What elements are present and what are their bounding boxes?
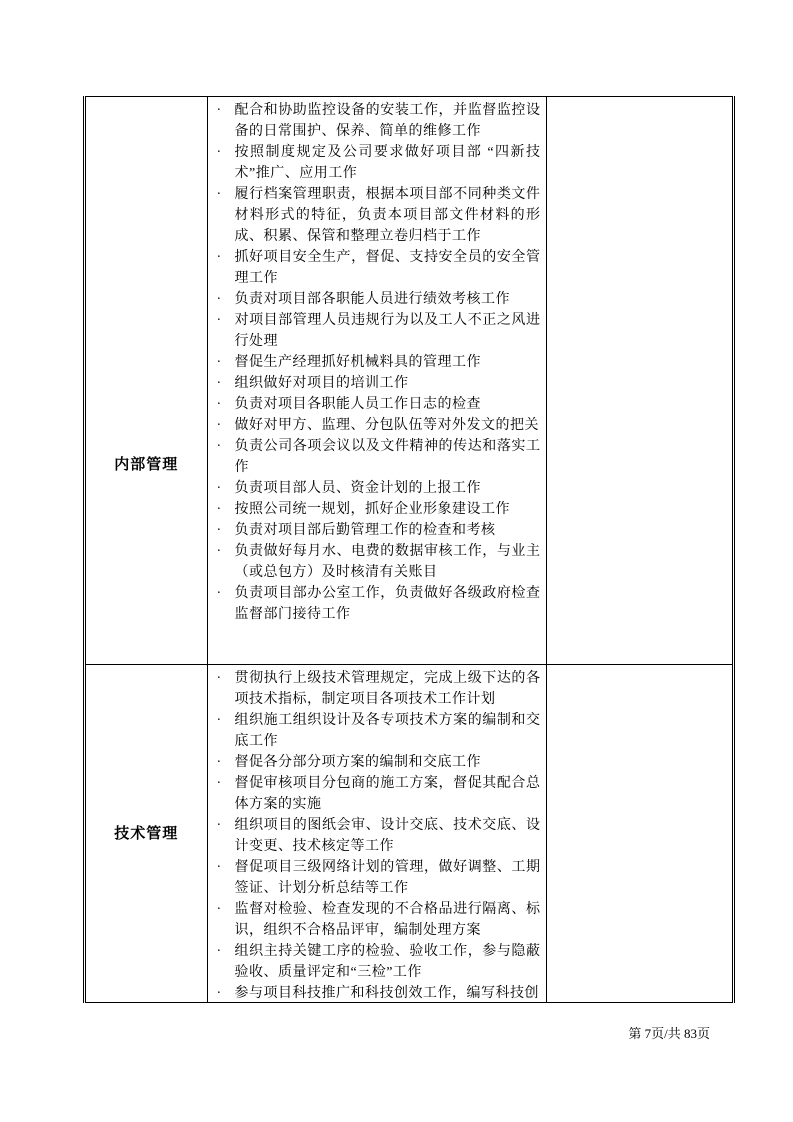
duty-text: 负责对项目部后勤管理工作的检查和考核 <box>235 523 496 538</box>
list-item: ·组织施工组织设计及各专项技术方案的编制和交底工作 <box>208 710 541 752</box>
category-label: 内部管理 <box>86 453 207 474</box>
list-item: ·负责做好每月水、电费的数据审核工作，与业主（或总包方）及时核清有关账目 <box>208 541 541 583</box>
list-item: ·负责项目部人员、资金计划的上报工作 <box>208 478 541 499</box>
duty-text: 负责公司各项会议以及文件精神的传达和落实工作 <box>235 439 541 475</box>
bullet-icon: · <box>217 983 222 1002</box>
duty-text: 监督对检验、检查发现的不合格品进行隔离、标识，组织不合格品评审，编制处理方案 <box>235 902 541 938</box>
list-item: ·抓好项目安全生产，督促、支持安全员的安全管理工作 <box>208 247 541 289</box>
list-item: ·按照制度规定及公司要求做好项目部 “四新技术”推广、应用工作 <box>208 142 541 184</box>
duty-text: 按照公司统一规划，抓好企业形象建设工作 <box>235 502 511 517</box>
duty-text: 负责做好每月水、电费的数据审核工作，与业主（或总包方）及时核清有关账目 <box>235 544 541 580</box>
bullet-icon: · <box>217 310 222 331</box>
bullet-icon: · <box>217 583 222 604</box>
duty-text: 贯彻执行上级技术管理规定，完成上级下达的各项技术指标，制定项目各项技术工作计划 <box>235 671 541 707</box>
list-item: ·组织做好对项目的培训工作 <box>208 373 541 394</box>
bullet-icon: · <box>217 352 222 373</box>
bullet-icon: · <box>217 373 222 394</box>
bullet-icon: · <box>217 415 222 436</box>
duty-text: 组织主持关键工序的检验、验收工作，参与隐蔽验收、质量评定和“三检”工作 <box>235 944 541 980</box>
bullet-icon: · <box>217 100 222 121</box>
duty-text: 督促生产经理抓好机械料具的管理工作 <box>235 355 482 370</box>
category-cell: 内部管理 <box>86 97 207 665</box>
bullet-icon: · <box>217 184 222 205</box>
list-item: ·参与项目科技推广和科技创效工作，编写科技创 <box>208 983 541 1002</box>
list-item: ·负责对项目各职能人员工作日志的检查 <box>208 394 541 415</box>
duty-text: 督促各分部分项方案的编制和交底工作 <box>235 755 482 770</box>
page-footer: 第 7页/共 83页 <box>628 1026 710 1042</box>
list-item: ·配合和协助监控设备的安装工作，并监督监控设备的日常围护、保养、简单的维修工作 <box>208 100 541 142</box>
duty-text: 负责对项目部各职能人员进行绩效考核工作 <box>235 292 511 307</box>
list-item: ·负责公司各项会议以及文件精神的传达和落实工作 <box>208 436 541 478</box>
duty-text: 负责项目部办公室工作，负责做好各级政府检查监督部门接待工作 <box>235 586 541 622</box>
bullet-icon: · <box>217 668 222 689</box>
category-cell: 技术管理 <box>86 665 207 1003</box>
list-item: ·负责对项目部后勤管理工作的检查和考核 <box>208 520 541 541</box>
bullet-icon: · <box>217 815 222 836</box>
duty-text: 督促审核项目分包商的施工方案，督促其配合总体方案的实施 <box>235 776 541 812</box>
page-number-text: 第 7页/共 83页 <box>628 1026 710 1041</box>
list-item: ·对项目部管理人员违规行为以及工人不正之风进行处理 <box>208 310 541 352</box>
duties-list: ·配合和协助监控设备的安装工作，并监督监控设备的日常围护、保养、简单的维修工作·… <box>208 97 546 663</box>
bullet-icon: · <box>217 541 222 562</box>
duty-text: 按照制度规定及公司要求做好项目部 “四新技术”推广、应用工作 <box>235 145 541 181</box>
duties-table-wrapper: 内部管理·配合和协助监控设备的安装工作，并监督监控设备的日常围护、保养、简单的维… <box>83 96 735 1003</box>
notes-cell <box>546 97 732 665</box>
duties-list: ·贯彻执行上级技术管理规定，完成上级下达的各项技术指标，制定项目各项技术工作计划… <box>208 665 546 1002</box>
list-item: ·督促生产经理抓好机械料具的管理工作 <box>208 352 541 373</box>
list-item: ·组织项目的图纸会审、设计交底、技术交底、设计变更、技术核定等工作 <box>208 815 541 857</box>
list-item: ·监督对检验、检查发现的不合格品进行隔离、标识，组织不合格品评审，编制处理方案 <box>208 899 541 941</box>
duty-text: 组织施工组织设计及各专项技术方案的编制和交底工作 <box>235 713 541 749</box>
duties-table: 内部管理·配合和协助监控设备的安装工作，并监督监控设备的日常围护、保养、简单的维… <box>86 96 732 1003</box>
bullet-icon: · <box>217 520 222 541</box>
list-item: ·负责项目部办公室工作，负责做好各级政府检查监督部门接待工作 <box>208 583 541 625</box>
bullet-icon: · <box>217 289 222 310</box>
list-item: ·按照公司统一规划，抓好企业形象建设工作 <box>208 499 541 520</box>
list-item: ·督促审核项目分包商的施工方案，督促其配合总体方案的实施 <box>208 773 541 815</box>
bullet-icon: · <box>217 142 222 163</box>
duty-text: 配合和协助监控设备的安装工作，并监督监控设备的日常围护、保养、简单的维修工作 <box>235 103 541 139</box>
bullet-icon: · <box>217 499 222 520</box>
bullet-icon: · <box>217 247 222 268</box>
list-item: ·督促项目三级网络计划的管理，做好调整、工期签证、计划分析总结等工作 <box>208 857 541 899</box>
duty-text: 负责对项目各职能人员工作日志的检查 <box>235 397 482 412</box>
duty-text: 参与项目科技推广和科技创效工作，编写科技创 <box>235 986 540 1001</box>
bullet-icon: · <box>217 752 222 773</box>
duty-text: 组织项目的图纸会审、设计交底、技术交底、设计变更、技术核定等工作 <box>235 818 541 854</box>
duty-text: 组织做好对项目的培训工作 <box>235 376 409 391</box>
duty-text: 对项目部管理人员违规行为以及工人不正之风进行处理 <box>235 313 541 349</box>
table-row: 内部管理·配合和协助监控设备的安装工作，并监督监控设备的日常围护、保养、简单的维… <box>86 97 732 665</box>
duty-text: 履行档案管理职责，根据本项目部不同种类文件材料形式的特征，负责本项目部文件材料的… <box>235 187 541 244</box>
list-item: ·做好对甲方、监理、分包队伍等对外发文的把关 <box>208 415 541 436</box>
document-page: 内部管理·配合和协助监控设备的安装工作，并监督监控设备的日常围护、保养、简单的维… <box>0 0 793 1122</box>
duty-text: 督促项目三级网络计划的管理，做好调整、工期签证、计划分析总结等工作 <box>235 860 541 896</box>
duty-text: 抓好项目安全生产，督促、支持安全员的安全管理工作 <box>235 250 541 286</box>
bullet-icon: · <box>217 941 222 962</box>
category-label: 技术管理 <box>86 822 207 843</box>
bullet-icon: · <box>217 394 222 415</box>
bullet-icon: · <box>217 773 222 794</box>
bullet-icon: · <box>217 478 222 499</box>
duty-text: 做好对甲方、监理、分包队伍等对外发文的把关 <box>235 418 540 433</box>
list-item: ·督促各分部分项方案的编制和交底工作 <box>208 752 541 773</box>
table-row: 技术管理·贯彻执行上级技术管理规定，完成上级下达的各项技术指标，制定项目各项技术… <box>86 665 732 1003</box>
list-item: ·履行档案管理职责，根据本项目部不同种类文件材料形式的特征，负责本项目部文件材料… <box>208 184 541 247</box>
list-item: ·负责对项目部各职能人员进行绩效考核工作 <box>208 289 541 310</box>
duty-text: 负责项目部人员、资金计划的上报工作 <box>235 481 482 496</box>
bullet-icon: · <box>217 857 222 878</box>
duties-cell: ·贯彻执行上级技术管理规定，完成上级下达的各项技术指标，制定项目各项技术工作计划… <box>207 665 546 1003</box>
bullet-icon: · <box>217 899 222 920</box>
duties-cell: ·配合和协助监控设备的安装工作，并监督监控设备的日常围护、保养、简单的维修工作·… <box>207 97 546 665</box>
notes-cell <box>546 665 732 1003</box>
list-item: ·贯彻执行上级技术管理规定，完成上级下达的各项技术指标，制定项目各项技术工作计划 <box>208 668 541 710</box>
list-item: ·组织主持关键工序的检验、验收工作，参与隐蔽验收、质量评定和“三检”工作 <box>208 941 541 983</box>
bullet-icon: · <box>217 436 222 457</box>
bullet-icon: · <box>217 710 222 731</box>
